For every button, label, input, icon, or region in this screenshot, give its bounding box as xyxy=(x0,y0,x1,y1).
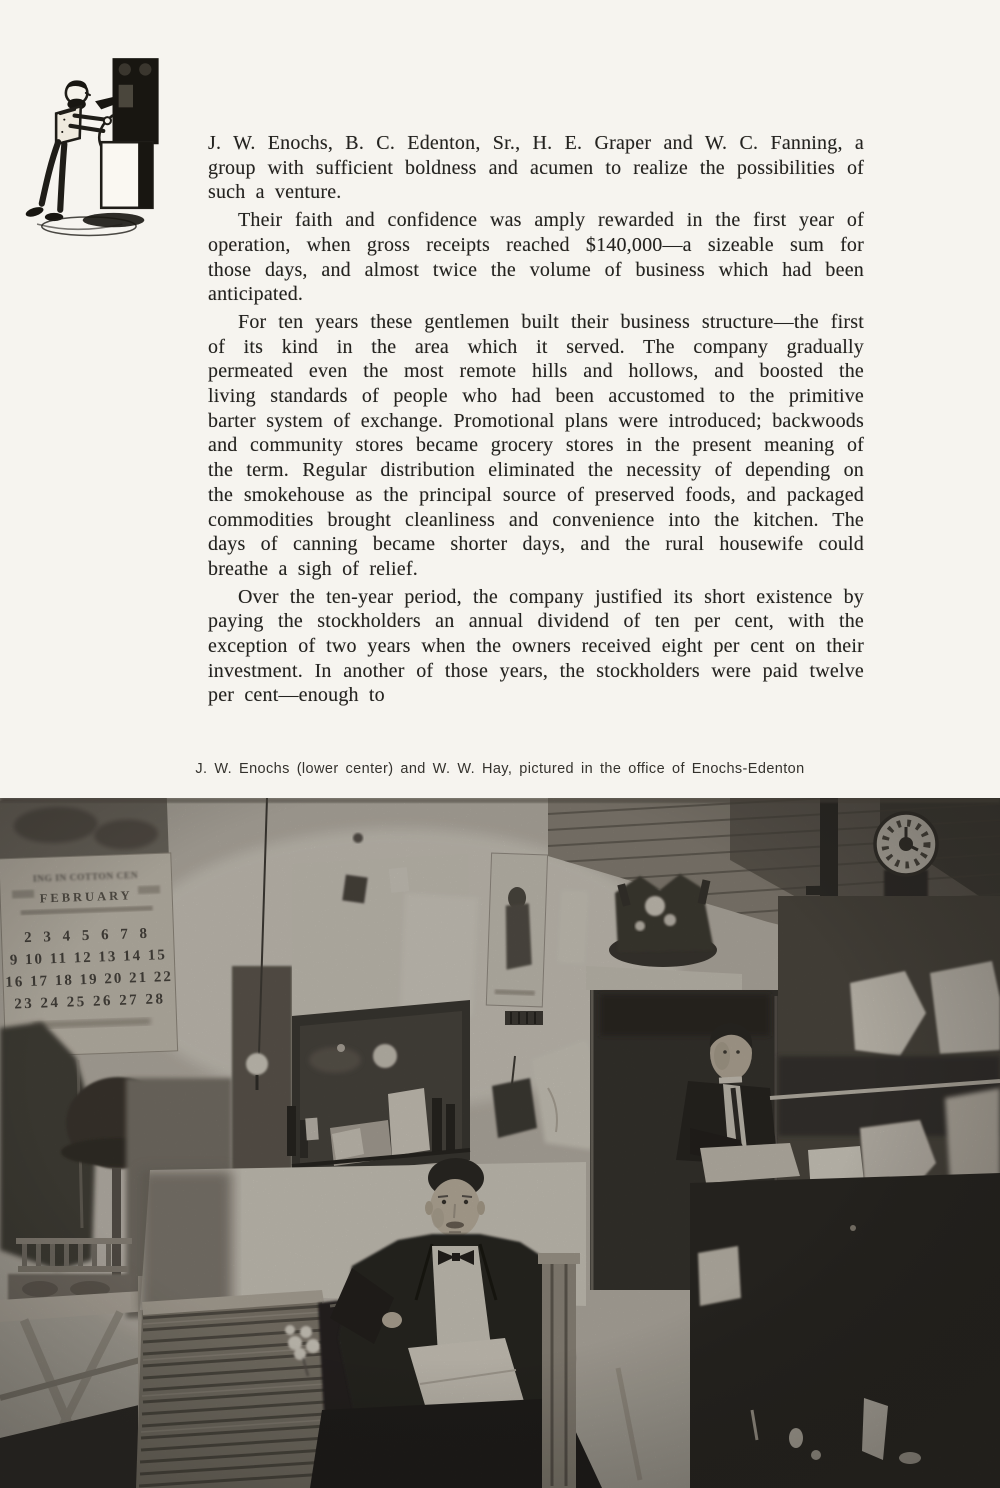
paragraph-1: J. W. Enochs, B. C. Edenton, Sr., H. E. … xyxy=(208,131,864,205)
office-photograph: ING IN COTTON CEN FEBRUARY 2 3 4 5 6 7 8… xyxy=(0,798,1000,1488)
photo-caption: J. W. Enochs (lower center) and W. W. Ha… xyxy=(0,761,1000,777)
photo-top-edge xyxy=(0,798,1000,803)
paragraph-4: Over the ten-year period, the company ju… xyxy=(208,585,864,709)
wall-telephone-icon xyxy=(95,58,159,208)
body-text: J. W. Enochs, B. C. Edenton, Sr., H. E. … xyxy=(208,131,864,711)
paragraph-2: Their faith and confidence was amply rew… xyxy=(208,208,864,307)
man-at-wall-telephone-illustration xyxy=(12,52,172,257)
office-photo-svg: ING IN COTTON CEN FEBRUARY 2 3 4 5 6 7 8… xyxy=(0,798,1000,1488)
paragraph-3: For ten years these gentlemen built thei… xyxy=(208,310,864,582)
vignette xyxy=(0,798,1000,1488)
book-page: J. W. Enochs, B. C. Edenton, Sr., H. E. … xyxy=(0,0,1000,1488)
